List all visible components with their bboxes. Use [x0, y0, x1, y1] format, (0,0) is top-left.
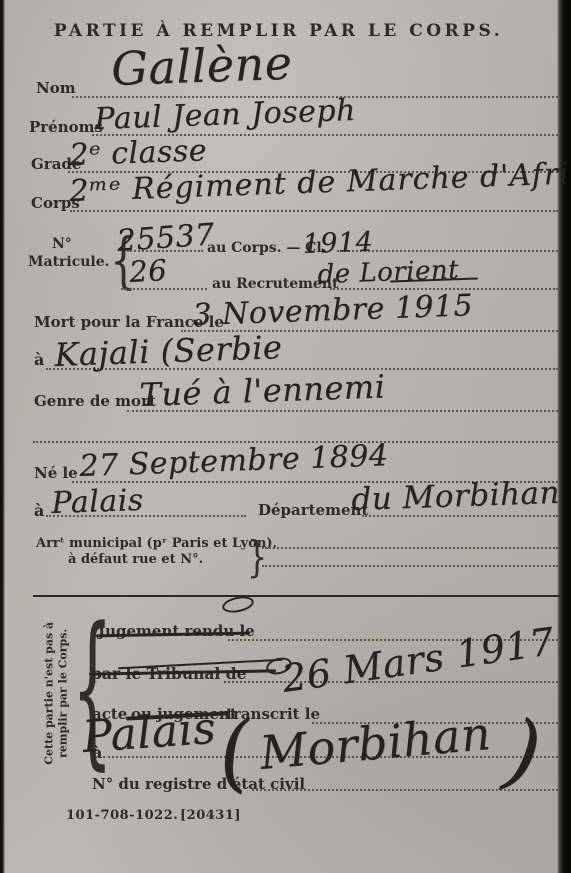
scan-edge-right	[557, 0, 571, 873]
matricule-label: Matricule.	[28, 255, 110, 270]
form-reference: 101-708-1022.	[66, 809, 178, 823]
ne-le-value: 27 Septembre 1894	[79, 441, 389, 482]
registre-paren-close: )	[500, 707, 547, 796]
ne-a-value: Palais	[51, 486, 144, 519]
classe-value: 1914	[302, 229, 374, 258]
matricule-no-label: N°	[52, 237, 72, 252]
form-number: [20431]	[180, 809, 241, 823]
dotted-rule-arr-2	[262, 565, 558, 567]
grade-value: 2ᵉ classe	[69, 136, 208, 171]
genre-mort-label: Genre de mort	[34, 393, 156, 410]
ne-le-label: Né le	[34, 465, 78, 482]
nom-label: Nom	[36, 80, 76, 97]
military-death-record-card: PARTIE À REMPLIR PAR LE CORPS. Nom Gallè…	[0, 0, 571, 873]
ne-a-label: à	[34, 502, 44, 520]
lieu-mort-value: Kajali (Serbie	[54, 331, 283, 371]
arr-municipal-label-line2: à défaut rue et N°.	[68, 553, 203, 567]
transcription-date-value: 26 Mars 1917	[280, 622, 557, 698]
mort-date-value: 3 Novembre 1915	[192, 291, 474, 331]
arr-municipal-label-line1: Arrᵗ municipal (pʳ Paris et Lyon),	[36, 537, 277, 551]
lieu-transcription-value: Palais	[81, 707, 218, 760]
lieu-mort-label: à	[34, 351, 44, 369]
pen-flourish-jugement	[221, 594, 255, 615]
arr-municipal-brace: }	[247, 535, 267, 578]
departement-value: du Morbihan	[351, 478, 561, 516]
nom-value: Gallène	[110, 40, 293, 92]
genre-mort-value: Tué à l'ennemi	[139, 370, 386, 411]
matricule-recrutement-value: 26	[128, 256, 167, 287]
scan-edge-left	[0, 0, 5, 873]
recrutement-value: de Lorient	[317, 257, 459, 288]
matricule-corps-value: 25537	[116, 220, 216, 257]
side-note-vertical: Cette partie n'est pas à remplir par le …	[43, 613, 72, 773]
dotted-rule-corps	[70, 210, 558, 212]
prenoms-value: Paul Jean Joseph	[94, 96, 356, 135]
dotted-rule-arr-1	[262, 547, 558, 549]
